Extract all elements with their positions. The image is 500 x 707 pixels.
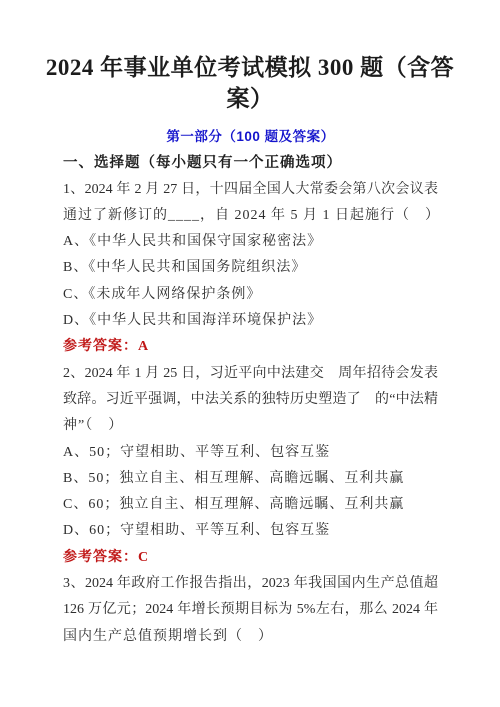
document-body: 第一部分（100 题及答案） 一、选择题（每小题只有一个正确选项） 1、2024… — [63, 124, 438, 650]
document-title: 2024 年事业单位考试模拟 300 题（含答 案） — [0, 52, 500, 114]
part-heading: 第一部分（100 题及答案） — [63, 124, 438, 150]
exam-document-page: 2024 年事业单位考试模拟 300 题（含答 案） 第一部分（100 题及答案… — [0, 0, 500, 707]
question-2-option-b: B、50；独立自主、相互理解、高瞻远瞩、互利共赢 — [63, 466, 438, 492]
question-2-option-c: C、60；独立自主、相互理解、高瞻远瞩、互利共赢 — [63, 492, 438, 518]
question-1-option-c: C、《未成年人网络保护条例》 — [63, 282, 438, 308]
question-1-option-d: D、《中华人民共和国海洋环境保护法》 — [63, 308, 438, 334]
question-2-answer: 参考答案：C — [63, 545, 438, 571]
question-2-option-a: A、50；守望相助、平等互利、包容互鉴 — [63, 440, 438, 466]
document-title-line-1: 2024 年事业单位考试模拟 300 题（含答 — [0, 52, 500, 83]
question-1-option-a: A、《中华人民共和国保守国家秘密法》 — [63, 229, 438, 255]
question-2-text-line-3: 神”（ ） — [63, 413, 438, 439]
section-heading: 一、选择题（每小题只有一个正确选项） — [63, 150, 438, 176]
question-3-text-line-3: 国内生产总值预期增长到（ ） — [63, 624, 438, 650]
question-2-text-line-2: 致辞。习近平强调，中法关系的独特历史塑造了 的“中法精 — [63, 387, 438, 413]
question-3-text-line-2: 126 万亿元；2024 年增长预期目标为 5%左右，那么 2024 年我国 — [63, 597, 438, 623]
question-1-text-line-2: 通过了新修订的____，自 2024 年 5 月 1 日起施行（ ） — [63, 203, 438, 229]
question-3-text-line-1: 3、2024 年政府工作报告指出，2023 年我国国内生产总值超过 — [63, 571, 438, 597]
question-2-text-line-1: 2、2024 年 1 月 25 日，习近平向中法建交 周年招待会发表视频 — [63, 361, 438, 387]
document-title-line-2: 案） — [0, 83, 500, 114]
question-2-option-d: D、60；守望相助、平等互利、包容互鉴 — [63, 518, 438, 544]
question-1-text-line-1: 1、2024 年 2 月 27 日，十四届全国人大常委会第八次会议表决 — [63, 177, 438, 203]
question-1-answer: 参考答案：A — [63, 334, 438, 360]
question-1-option-b: B、《中华人民共和国国务院组织法》 — [63, 255, 438, 281]
